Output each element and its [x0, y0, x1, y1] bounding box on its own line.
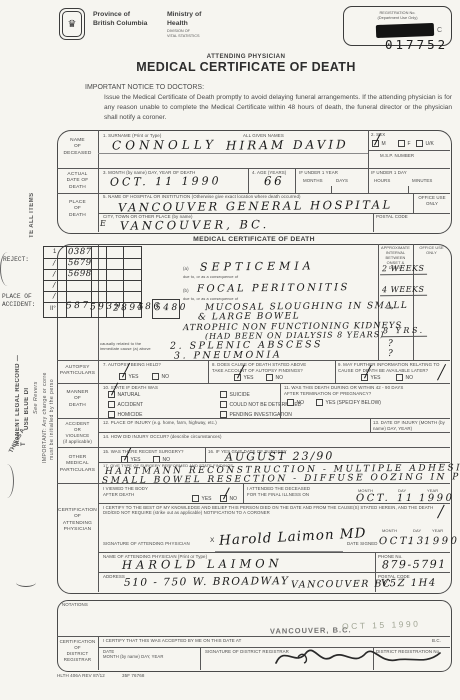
q10-homicide: HOMICIDE [108, 411, 143, 418]
cause-a-value: SEPTICEMIA [200, 259, 315, 273]
q7-label: 7. AUTOPSY BEING HELD? [103, 362, 161, 368]
q9-no-checkbox [396, 374, 403, 381]
q11-yes-checkbox [316, 399, 323, 406]
physician-side-label: CERTIFICATION OF ATTENDING PHYSICIAN [57, 508, 98, 534]
grid-tick-1: 1 [53, 249, 56, 255]
scan-artifact [0, 252, 15, 286]
cause-e-interval: ? [388, 339, 395, 349]
address-value: 510 - 750 W. BROADWAY [124, 575, 289, 589]
notice-body: Issue the Medical Certificate of Death p… [104, 93, 452, 123]
cause-c-value-line2: & LARGE BOWEL [198, 311, 300, 322]
grid-tick-5: / [53, 292, 58, 300]
form-title: MEDICAL CERTIFICATE OF DEATH [60, 60, 432, 74]
q9-label: 9. MAY FURTHER INFORMATION RELATING TO C… [338, 362, 440, 373]
physician-signature-label: SIGNATURE OF ATTENDING PHYSICIAN [103, 541, 190, 547]
cause-b-subnote: due to, or as a consequence of [183, 297, 238, 302]
city-value: VANCOUVER, BC. [120, 217, 269, 233]
form-number: HLTH 406A REV 87/12 [57, 673, 105, 679]
certify-statement: I CERTIFY TO THE BEST OF MY KNOWLEDGE AN… [103, 505, 438, 516]
checkbox-f [398, 140, 405, 147]
given-names-value: HIRAM DAVID [226, 137, 349, 152]
under-1-year-label: IF UNDER 1 YEAR [299, 170, 338, 176]
office-column-header: OFFICE USE ONLY [415, 246, 448, 256]
cause-c-interval: → [386, 304, 396, 314]
q10-pending: PENDING INVESTIGATION [220, 411, 292, 418]
registration-label: REGISTRATION No. (Department Use Only) [344, 10, 451, 20]
q10-accident: ACCIDENT [108, 401, 143, 408]
days-label: DAYS [336, 178, 348, 184]
vancouver-stamp: VANCOUVER, B.C. [270, 625, 352, 635]
homicide-checkbox [108, 411, 115, 418]
sig-day-label: DAY [413, 528, 421, 533]
q8-no: NO [266, 374, 283, 381]
suicide-checkbox [220, 391, 227, 398]
form-subtitle: ATTENDING PHYSICIAN [60, 53, 432, 60]
certificate-section-title: MEDICAL CERTIFICATE OF DEATH [98, 236, 410, 243]
death-certificate-scan: ♛ Province of British Columbia Ministry … [0, 0, 460, 700]
sex-option-f: F [398, 140, 411, 147]
physician-name-value: HAROLD LAIMON [122, 556, 283, 572]
print-code: 35F 76768 [122, 673, 144, 679]
physician-postal-value: V5Z 1H4 [381, 578, 437, 590]
msp-number-label: M.S.P. NUMBER [380, 153, 414, 159]
phone-value: 879-5791 [382, 558, 447, 572]
minutes-label: MINUTES [412, 178, 432, 184]
important-note-1: IMPORTANT: Any change or corre [42, 348, 48, 463]
scan-artifact [16, 578, 36, 587]
signature-x: X [210, 537, 214, 544]
address-city-value: VANCOUVER BC [291, 578, 392, 590]
cause-a-interval: 2 WEEKS [380, 264, 427, 275]
sex-option-uk: U/K [416, 140, 434, 147]
viewed-yes: YES [192, 495, 212, 502]
hours-label: HOURS [374, 178, 390, 184]
notations-label: NOTATIONS [62, 602, 88, 608]
death-place-side-label: PLACE OF DEATH [57, 200, 98, 219]
grid-code-2: 5679 [68, 258, 92, 268]
place-of-accident-label: PLACE OF ACCIDENT: [2, 293, 35, 310]
age-value: 66 [264, 174, 284, 188]
under-1-day-label: IF UNDER 1 DAY [371, 170, 407, 176]
grid-total-1: 587 [66, 301, 91, 312]
pending-checkbox [220, 411, 227, 418]
accep-statement: I CERTIFY THAT THIS WAS ACCEPTED BY ME O… [103, 638, 241, 644]
office-use-label: OFFICE USE ONLY [416, 195, 448, 206]
q7-no: NO [152, 373, 169, 380]
complete-all-items-note: TE ALL ITEMS [29, 183, 35, 238]
permanent-record-note-2: USE BLUE DI [24, 358, 30, 430]
accident-checkbox [108, 401, 115, 408]
signed-year: 1990 [424, 536, 460, 547]
q12-label: 12. PLACE OF INJURY (e.g. home, farm, hi… [103, 420, 217, 426]
cause-b-value: FOCAL PERITONITIS [197, 282, 350, 295]
q11-label: 11. WAS THIS DEATH DURING OR WITHIN 42 -… [284, 385, 403, 396]
deceased-side-label: NAME OF DECEASED [57, 138, 98, 157]
cause-d-interval: 8 YRS. [381, 326, 427, 337]
important-note-2: must be initialled by the perso [49, 352, 55, 460]
attended-label: I ATTENDED THE DECEASED FOR THE FINAL IL… [247, 486, 310, 497]
grid-tick-4: / [53, 281, 58, 289]
other-side-label: OTHER MEDICAL PARTICULARS [57, 455, 98, 474]
permanent-record-note-3: See Revers [33, 366, 39, 414]
registrar-date-label: DATE MONTH (by name) DAY, YEAR [103, 649, 163, 660]
q14-label: 14. HOW DID INJURY OCCUR? (describe circ… [103, 434, 222, 440]
sig-month-label: MONTH [382, 528, 397, 533]
division-name: DIVISION OF VITAL STATISTICS [167, 29, 200, 39]
death-date-value: OCT. 11 1990 [110, 174, 222, 188]
grid-code-1: 0387 [68, 247, 92, 257]
registrar-side-label: CERTIFICATION OF DISTRICT REGISTRAR [57, 639, 98, 663]
q10-label: 10. STATE IF DEATH WAS [103, 385, 158, 391]
date-signed-label: DATE SIGNED [347, 541, 378, 547]
grid-extra-value: 5480 [155, 303, 188, 313]
q9-no: NO [396, 374, 413, 381]
surname-value: CONNOLLY [112, 137, 217, 152]
scan-artifact [0, 464, 14, 498]
death-date-side-label: ACTUAL DATE OF DEATH [57, 172, 98, 191]
grid-footer-label: II° [50, 306, 56, 312]
bc-coat-of-arms-icon: ♛ [59, 8, 85, 40]
cause-a-subnote: due to, or as a consequence of [183, 275, 238, 280]
q7-no-checkbox [152, 373, 159, 380]
cause-a-prefix: (a) [183, 266, 189, 272]
undetermined-checkbox [220, 401, 227, 408]
q11-no-checkbox [287, 399, 294, 406]
notice-heading: IMPORTANT NOTICE TO DOCTORS: [85, 84, 204, 91]
autopsy-side-label: AUTOPSY PARTICULARS [57, 365, 98, 378]
hospital-value: VANCOUVER GENERAL HOSPITAL [118, 198, 393, 215]
grid-tick-2: / [53, 259, 58, 267]
viewed-body-label: I VIEWED THE BODY AFTER DEATH [103, 486, 148, 497]
province-name: Province of British Columbia [93, 10, 147, 28]
cause-b-interval: 4 WEEKS [380, 285, 427, 296]
manner-side-label: MANNER OF DEATH [57, 390, 98, 409]
q15-label: 15. WAS THERE RECENT SURGERY? [103, 449, 184, 455]
sig-year-label: YEAR [432, 528, 443, 533]
q10-suicide: SUICIDE [220, 391, 250, 398]
q13-label: 13. DATE OF INJURY (MONTH (by name) DAY,… [373, 420, 447, 431]
checkbox-uk [416, 140, 423, 147]
cause-b-prefix: (b) [183, 288, 189, 294]
q11-no: NO [287, 399, 304, 406]
q11-yes: YES (SPECIFY BELOW) [316, 399, 381, 406]
viewed-yes-checkbox [192, 495, 199, 502]
grid-code-3: 5698 [68, 269, 92, 279]
stamp-fragment: C [437, 27, 442, 34]
postal-code-label: POSTAL CODE [376, 214, 408, 220]
cause-f-interval: ? [388, 349, 395, 359]
registration-number: 017752 [385, 37, 448, 52]
redaction-mark [376, 23, 434, 38]
q8-label: 8. DOES CAUSE OF DEATH STATED ABOVE TAKE… [212, 362, 306, 373]
registrar-signature [270, 643, 446, 669]
q8-no-checkbox [266, 374, 273, 381]
months-label: MONTHS [303, 178, 323, 184]
causally-related-note: causally related to the immediate cause … [100, 341, 155, 351]
grid-tick-3: / [53, 270, 58, 278]
violence-side-label: ACCIDENT OR VIOLENCE (if applicable) [57, 421, 98, 445]
address-label: ADDRESS [103, 574, 125, 580]
ministry-name: Ministry of Health [167, 10, 201, 28]
